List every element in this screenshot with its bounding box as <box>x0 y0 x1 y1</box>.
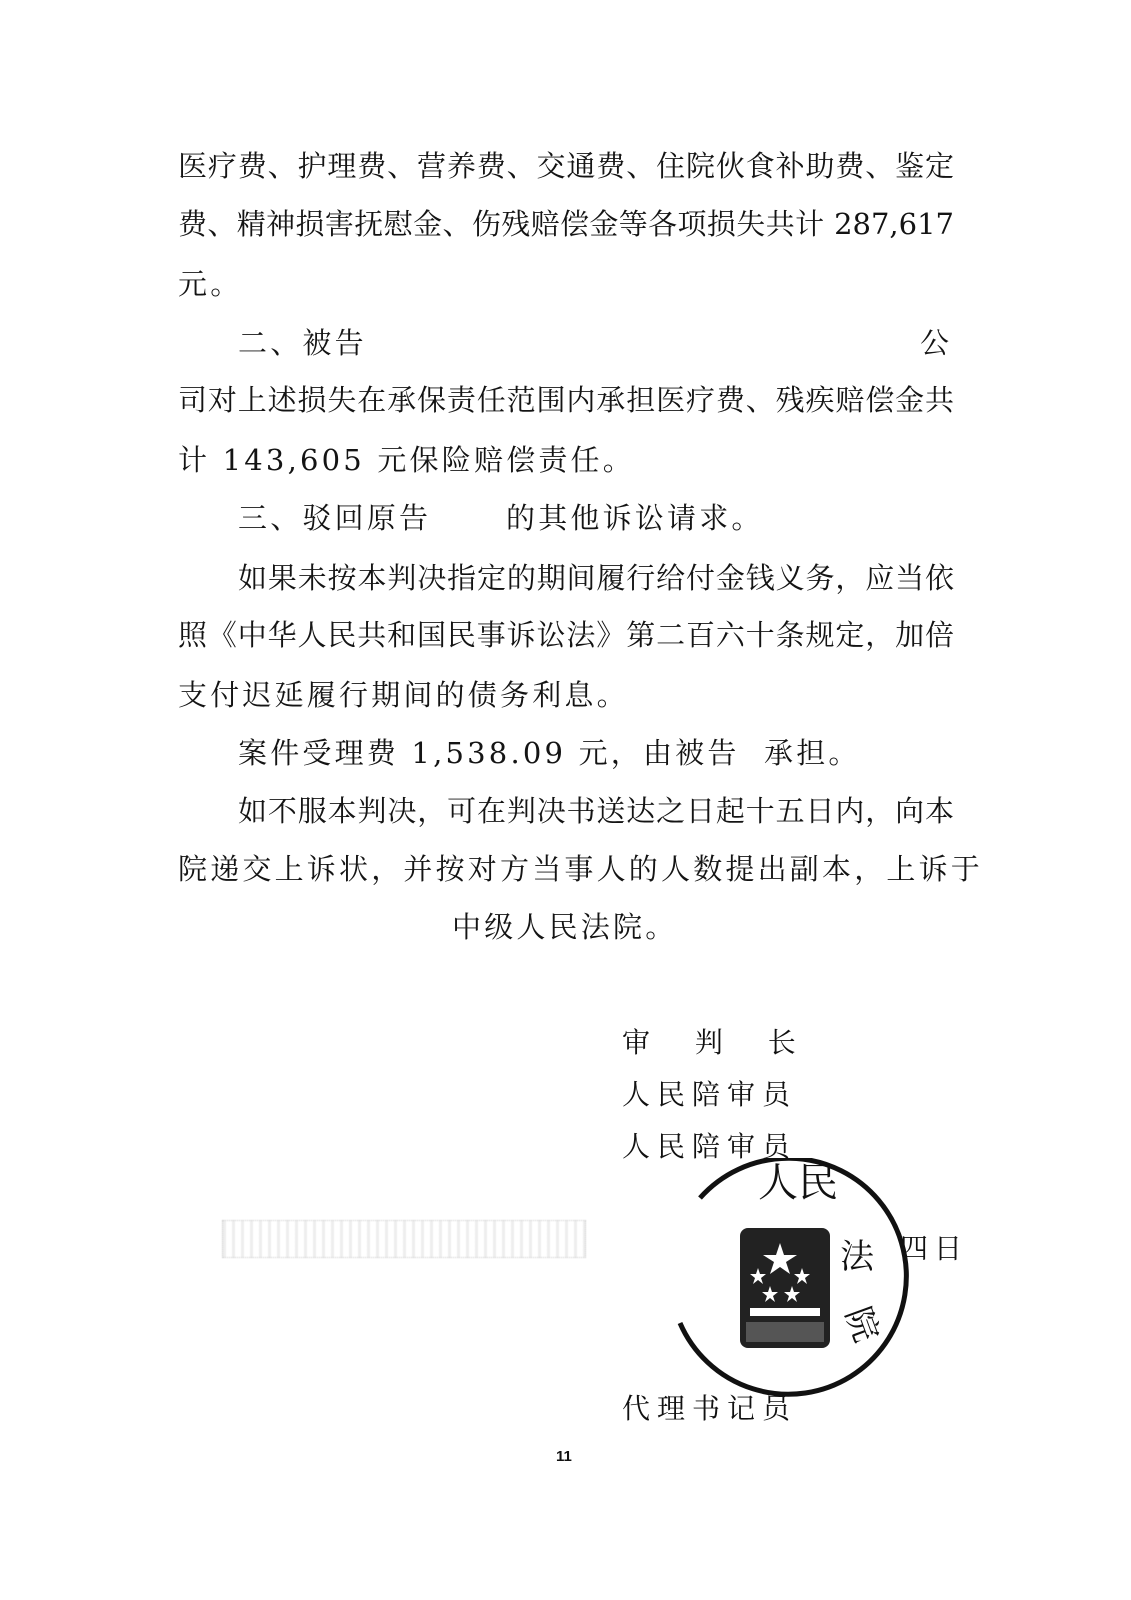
page-number: 11 <box>556 1448 572 1465</box>
court-seal-icon: 人民 法 院 <box>670 1158 920 1408</box>
judgment-date-tail: 四日 <box>900 1232 968 1266</box>
item-2-line-1-end: 公 <box>920 325 952 361</box>
clerk-label: 代理书记员 <box>622 1392 797 1426</box>
interest-clause-line-1: 如果未按本判决指定的期间履行给付金钱义务，应当依 <box>238 560 954 596</box>
svg-text:法: 法 <box>840 1237 875 1277</box>
paragraph-1-line-1: 医疗费、护理费、营养费、交通费、住院伙食补助费、鉴定 <box>178 148 954 184</box>
item-3-start: 三、驳回原告 <box>238 500 431 536</box>
interest-clause-line-3: 支付迟延履行期间的债务利息。 <box>178 677 629 713</box>
svg-text:人民: 人民 <box>758 1160 838 1206</box>
paragraph-1-line-3: 元。 <box>178 266 242 302</box>
redacted-date <box>222 1220 586 1258</box>
fee-clause-end: 承担。 <box>764 735 861 771</box>
paragraph-1-line-2: 费、精神损害抚慰金、伤残赔偿金等各项损失共计 287,617 <box>178 206 954 242</box>
item-2-line-1-start: 二、被告 <box>238 325 367 361</box>
interest-clause-line-2: 照《中华人民共和国民事诉讼法》第二百六十条规定，加倍 <box>178 617 954 653</box>
svg-text:院: 院 <box>837 1302 886 1348</box>
appeal-clause-line-3: 中级人民法院。 <box>452 909 677 945</box>
appeal-clause-line-2: 院递交上诉状，并按对方当事人的人数提出副本，上诉于 <box>178 851 983 887</box>
fee-clause-start: 案件受理费 1,538.09 元，由被告 <box>238 735 740 771</box>
presiding-judge-label: 审 判 长 <box>622 1026 814 1060</box>
item-3-end: 的其他诉讼请求。 <box>506 500 764 536</box>
item-2-line-2: 司对上述损失在承保责任范围内承担医疗费、残疾赔偿金共 <box>178 382 954 418</box>
appeal-clause-line-1: 如不服本判决，可在判决书送达之日起十五日内，向本 <box>238 793 954 829</box>
item-2-line-3: 计 143,605 元保险赔偿责任。 <box>178 442 635 478</box>
juror-1-label: 人民陪审员 <box>622 1078 797 1112</box>
